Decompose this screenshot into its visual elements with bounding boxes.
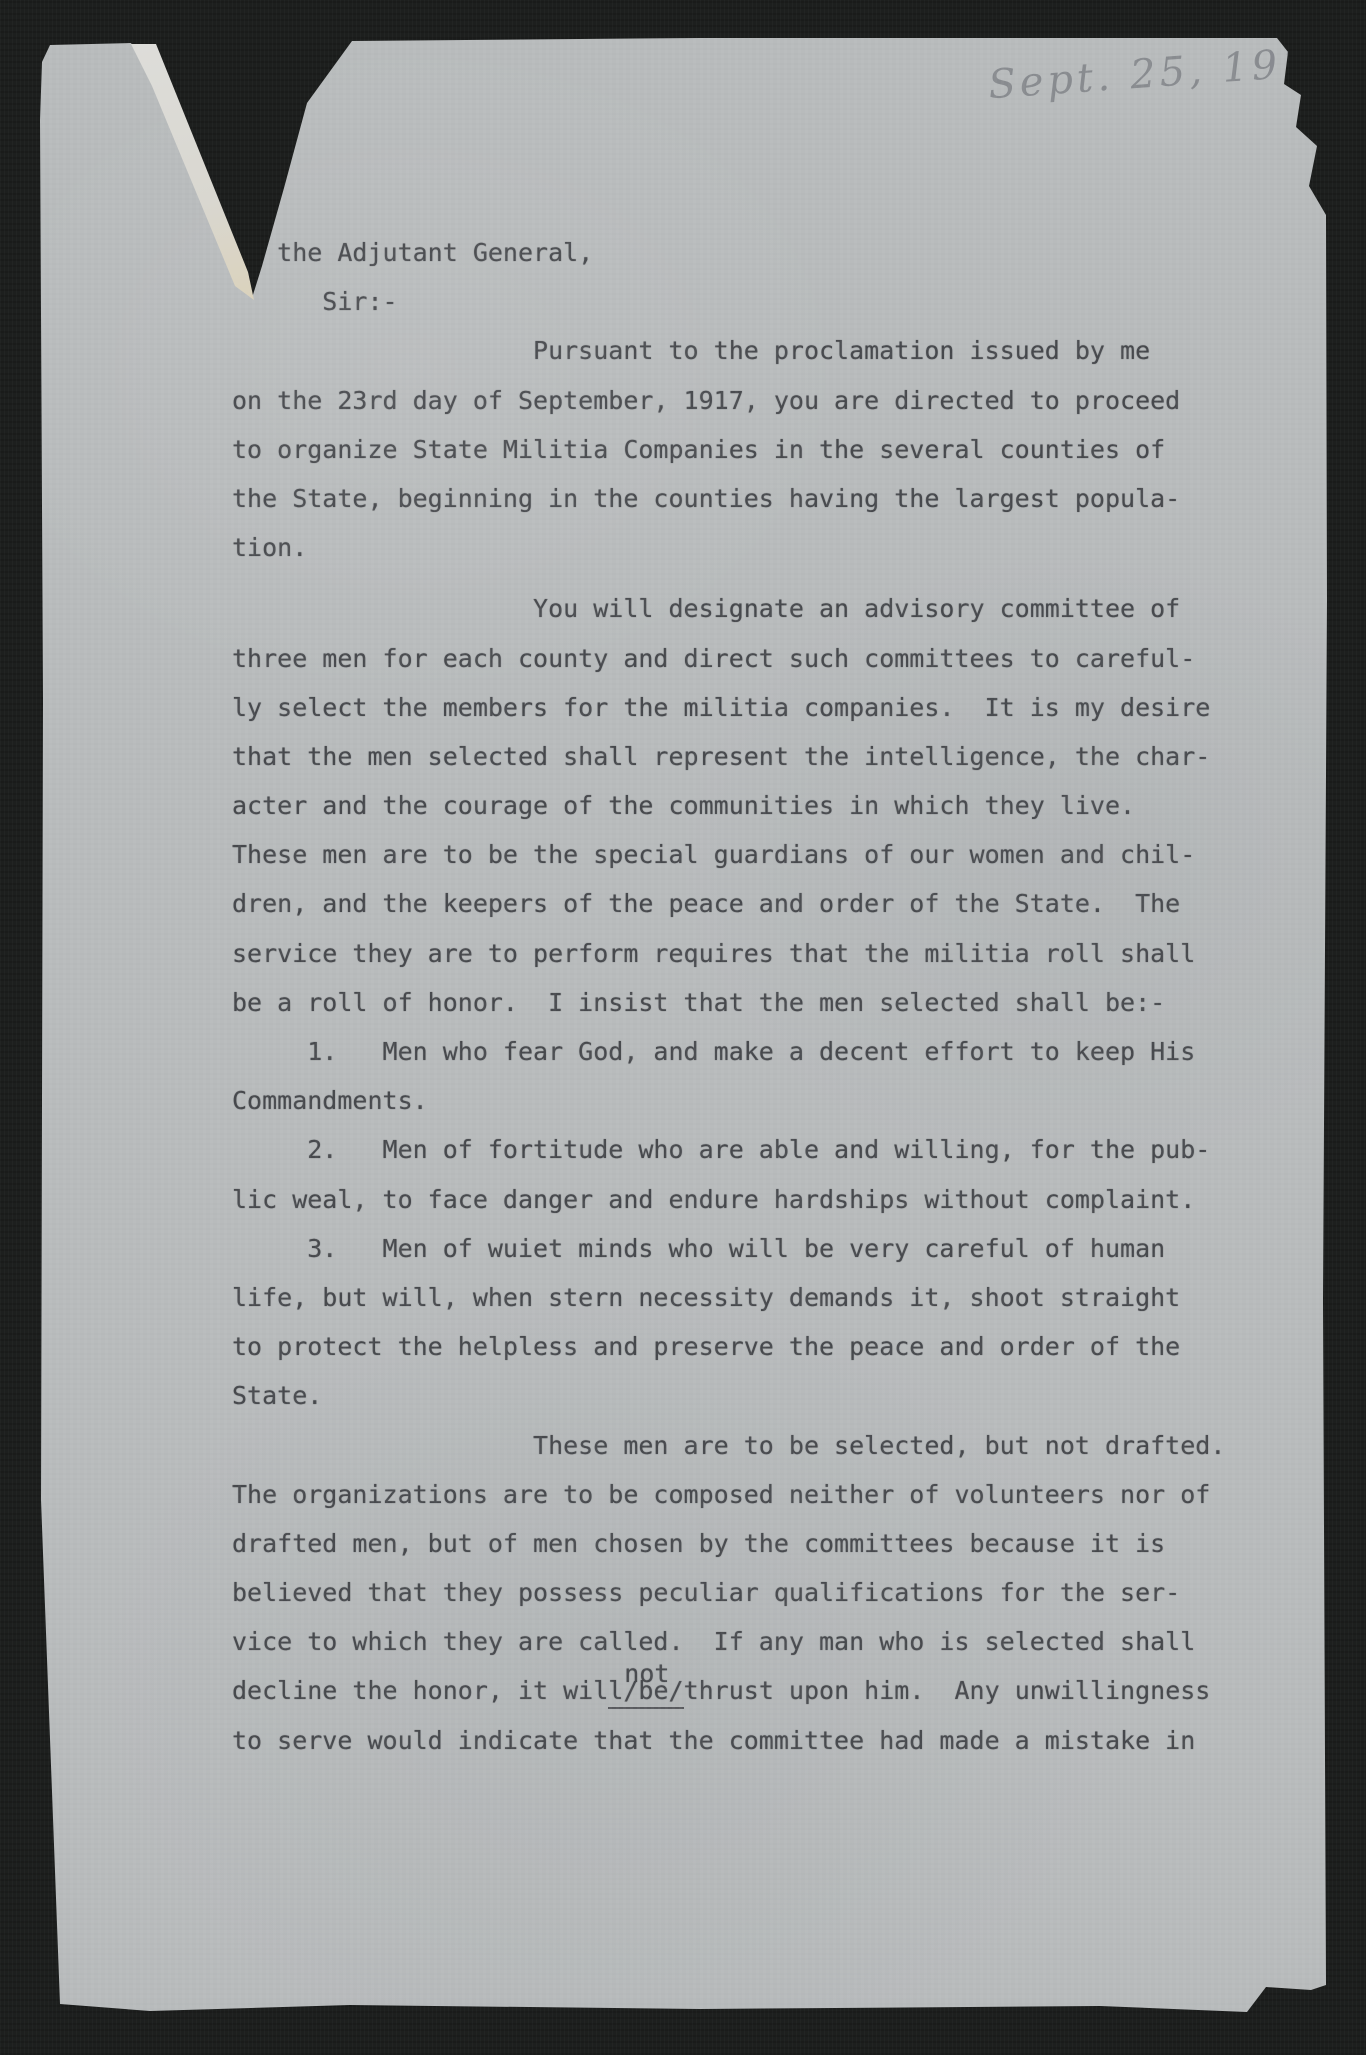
insertion-line-pre: decline the honor, it wil (232, 1676, 608, 1705)
typed-line: three men for each county and direct suc… (232, 634, 1252, 683)
typed-line: drafted men, but of men chosen by the co… (232, 1519, 1252, 1568)
typed-line: 3. Men of wuiet minds who will be very c… (232, 1224, 1252, 1273)
inserted-word-above-line: not (624, 1649, 669, 1698)
typed-line: service they are to perform requires tha… (232, 929, 1252, 978)
insertion-marked-text: l/be/not (608, 1676, 683, 1709)
typed-line: that the men selected shall represent th… (232, 732, 1252, 781)
typed-line: lic weal, to face danger and endure hard… (232, 1175, 1252, 1224)
typed-line: on the 23rd day of September, 1917, you … (232, 376, 1252, 425)
typed-line: Commandments. (232, 1076, 1252, 1125)
typed-line: 1. Men who fear God, and make a decent e… (232, 1027, 1252, 1076)
scan-background: Sept. 25, 1917 To the Adjutant General, … (0, 0, 1366, 2055)
typed-line: Pursuant to the proclamation issued by m… (232, 326, 1252, 375)
typed-line: You will designate an advisory committee… (232, 584, 1252, 633)
typed-line: be a roll of honor. I insist that the me… (232, 978, 1252, 1027)
handwritten-date: Sept. 25, 1917 (987, 38, 1342, 108)
typed-line: These men are to be selected, but not dr… (232, 1421, 1252, 1470)
typed-line: to organize State Militia Companies in t… (232, 425, 1252, 474)
insertion-line-post: thrust upon him. Any unwillingness (684, 1676, 1211, 1705)
typed-line: dren, and the keepers of the peace and o… (232, 879, 1252, 928)
letter-page: Sept. 25, 1917 To the Adjutant General, … (0, 0, 1366, 2055)
typed-line: 2. Men of fortitude who are able and wil… (232, 1125, 1252, 1174)
typed-line: Sir:- (232, 277, 1252, 326)
typed-line: To the Adjutant General, (232, 228, 1252, 277)
typed-line: believed that they possess peculiar qual… (232, 1568, 1252, 1617)
typed-line: ly select the members for the militia co… (232, 683, 1252, 732)
typed-line: to serve would indicate that the committ… (232, 1716, 1252, 1765)
typed-line: tion. (232, 523, 1252, 572)
typed-line: acter and the courage of the communities… (232, 781, 1252, 830)
typed-line: The organizations are to be composed nei… (232, 1470, 1252, 1519)
typed-line: life, but will, when stern necessity dem… (232, 1273, 1252, 1322)
typed-line: to protect the helpless and preserve the… (232, 1322, 1252, 1371)
typed-line: the State, beginning in the counties hav… (232, 474, 1252, 523)
typed-line: vice to which they are called. If any ma… (232, 1617, 1252, 1666)
typed-line: State. (232, 1371, 1252, 1420)
typed-line: These men are to be the special guardian… (232, 830, 1252, 879)
letter-body: To the Adjutant General, Sir:- Pursuant … (232, 228, 1252, 1765)
typed-line: decline the honor, it will/be/notthrust … (232, 1666, 1252, 1715)
